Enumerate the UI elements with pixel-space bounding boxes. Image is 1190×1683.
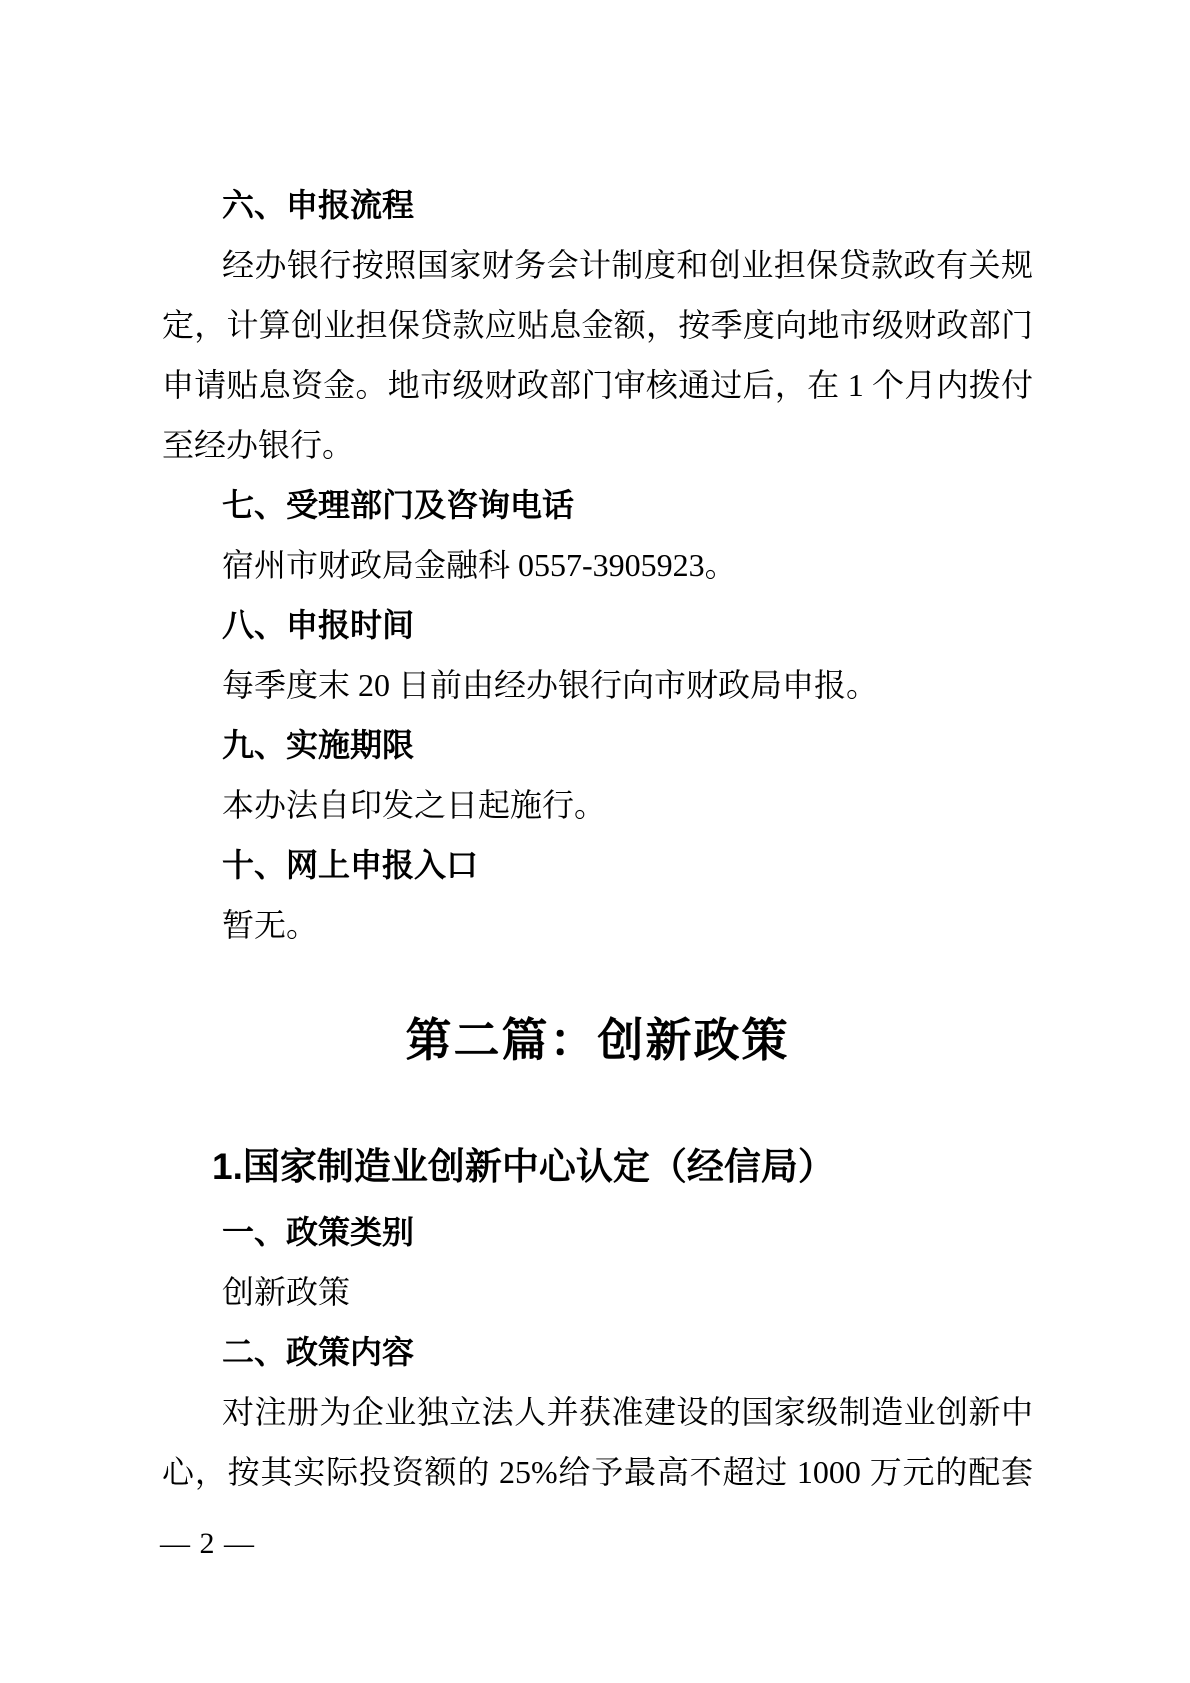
paragraph-online-portal-none: 暂无。 [162,895,1033,955]
paragraph-implementation-period: 本办法自印发之日起施行。 [162,775,1033,835]
page-footer: — 2 — [160,1524,255,1564]
document-page: { "page": { "background": "#ffffff", "te… [0,0,1190,1683]
paragraph-contact-phone: 宿州市财政局金融科 0557-3905923。 [162,535,1033,595]
subsection-title-national-manufacturing-innovation-center: 1.国家制造业创新中心认定（经信局） [162,1132,1033,1202]
heading-1-policy-category: 一、政策类别 [162,1202,1033,1262]
heading-8-application-time: 八、申报时间 [162,595,1033,655]
heading-6-application-process: 六、申报流程 [162,175,1033,235]
paragraph-application-time: 每季度末 20 日前由经办银行向市财政局申报。 [162,655,1033,715]
heading-2-policy-content: 二、政策内容 [162,1322,1033,1382]
chapter-title-innovation-policy: 第二篇：创新政策 [162,996,1033,1086]
heading-7-accepting-department: 七、受理部门及咨询电话 [162,475,1033,535]
document-body: 六、申报流程 经办银行按照国家财务会计制度和创业担保贷款政有关规定，计算创业担保… [162,175,1033,1502]
paragraph-policy-category: 创新政策 [162,1262,1033,1322]
paragraph-policy-content-truncated: 对注册为企业独立法人并获准建设的国家级制造业创新中心，按其实际投资额的 25%给… [162,1382,1033,1502]
heading-10-online-portal: 十、网上申报入口 [162,835,1033,895]
paragraph-application-process: 经办银行按照国家财务会计制度和创业担保贷款政有关规定，计算创业担保贷款应贴息金额… [162,235,1033,475]
heading-9-implementation-period: 九、实施期限 [162,715,1033,775]
